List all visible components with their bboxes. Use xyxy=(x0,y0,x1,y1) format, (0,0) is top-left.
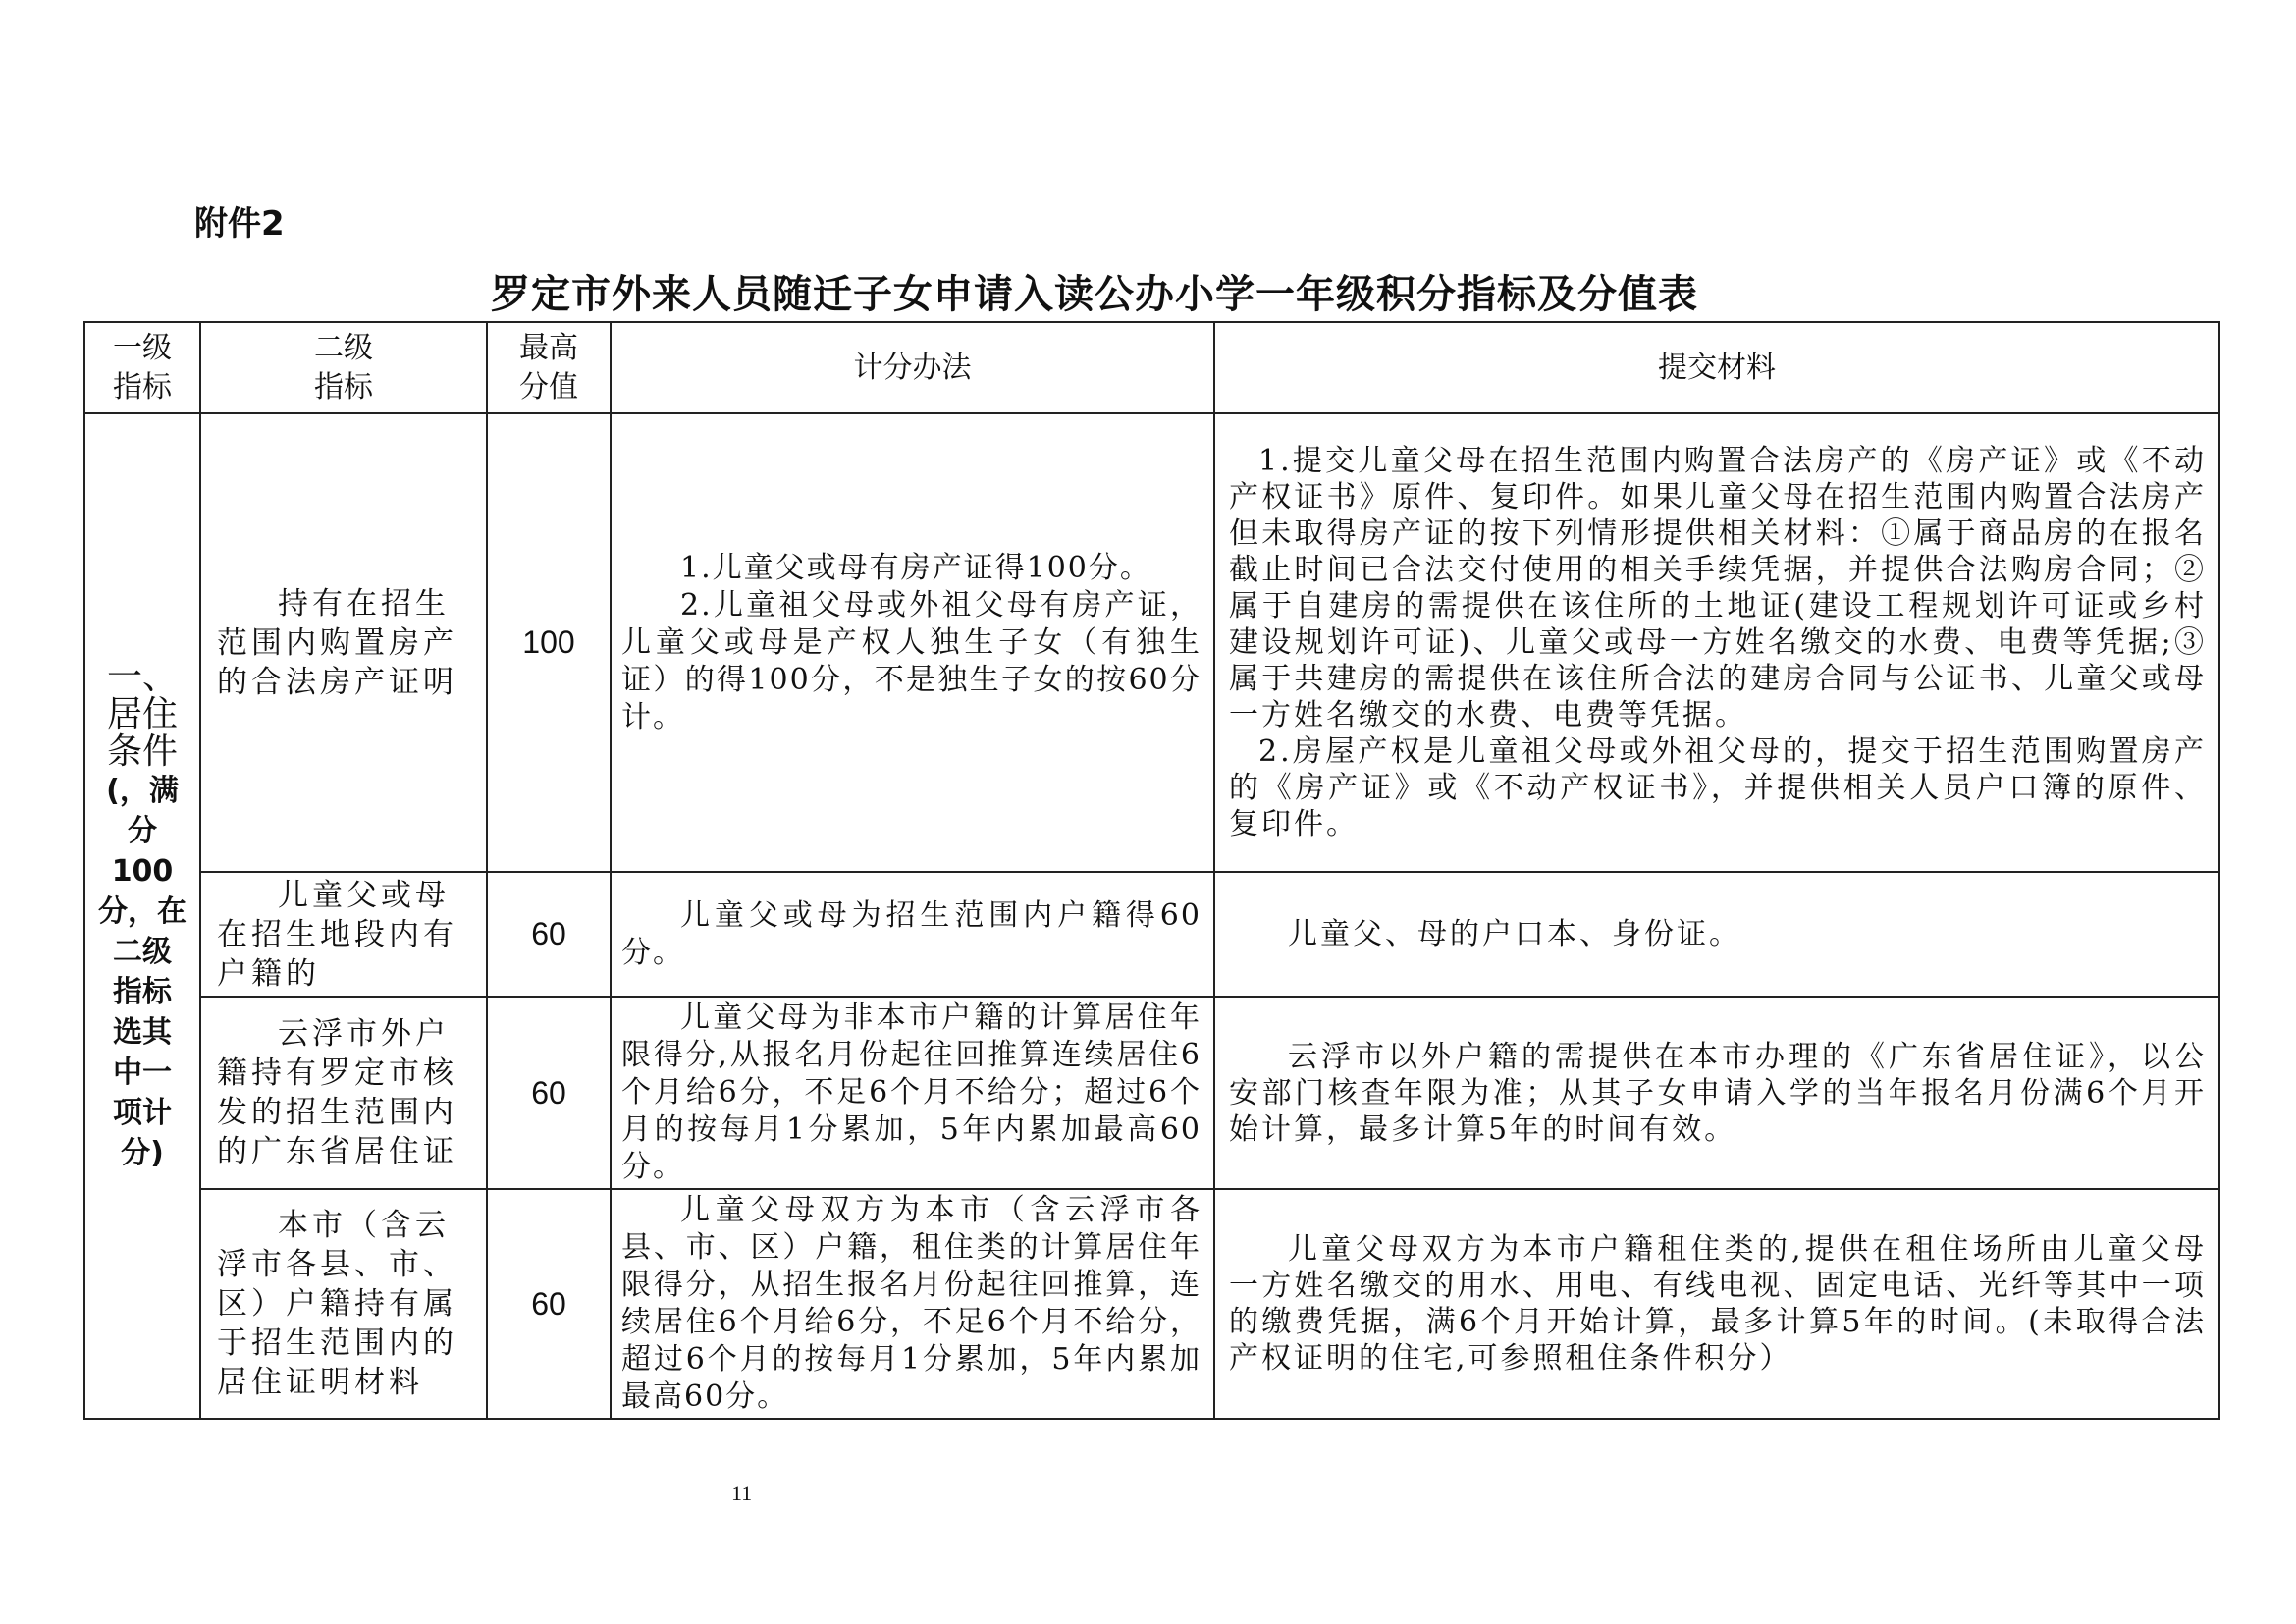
indicator-text: 儿童父或母在招生地段内有户籍的 xyxy=(217,876,472,994)
score-indicator-table: 一级 指标 二级 指标 最高 分值 计分办法 提交材料 一、 居住 条件 (，满… xyxy=(83,321,2220,1420)
table-row: 儿童父或母在招生地段内有户籍的 60 儿童父或母为招生范围内户籍得60分。 儿童… xyxy=(84,872,2219,997)
max-score-cell: 60 xyxy=(487,872,611,997)
method-cell: 儿童父母为非本市户籍的计算居住年限得分,从报名月份起往回推算连续居住6个月给6分… xyxy=(611,997,1214,1189)
category-note-line: 分) xyxy=(91,1133,193,1173)
category-note-line: 二级 xyxy=(91,932,193,972)
method-paragraph: 儿童父或母为招生范围内户籍得60分。 xyxy=(621,897,1201,972)
materials-cell: 儿童父母双方为本市户籍租住类的,提供在租住场所由儿童父母一方姓名缴交的用水、用电… xyxy=(1214,1189,2219,1419)
table-row: 一、 居住 条件 (，满 分 100 分，在 二级 指标 选其 中一 项计 分)… xyxy=(84,413,2219,872)
method-cell: 儿童父母双方为本市（含云浮市各县、市、区）户籍，租住类的计算居住年限得分，从招生… xyxy=(611,1189,1214,1419)
method-paragraph: 2.儿童祖父母或外祖父母有房产证，儿童父或母是产权人独生子女（有独生证）的得10… xyxy=(621,587,1201,736)
attachment-label: 附件2 xyxy=(194,196,285,244)
table-row: 云浮市外户籍持有罗定市核发的招生范围内的广东省居住证 60 儿童父母为非本市户籍… xyxy=(84,997,2219,1189)
header-text: 分值 xyxy=(488,368,610,407)
category-note-line: 100 xyxy=(91,851,193,892)
materials-paragraph: 云浮市以外户籍的需提供在本市办理的《广东省居住证》，以公安部门核查年限为准；从其… xyxy=(1229,1039,2207,1148)
method-cell: 1.儿童父或母有房产证得100分。 2.儿童祖父母或外祖父母有房产证，儿童父或母… xyxy=(611,413,1214,872)
header-max-score: 最高 分值 xyxy=(487,322,611,413)
materials-cell: 云浮市以外户籍的需提供在本市办理的《广东省居住证》，以公安部门核查年限为准；从其… xyxy=(1214,997,2219,1189)
method-paragraph: 儿童父母为非本市户籍的计算居住年限得分,从报名月份起往回推算连续居住6个月给6分… xyxy=(621,1000,1201,1186)
header-text: 指标 xyxy=(85,368,199,407)
max-score-cell: 100 xyxy=(487,413,611,872)
method-cell: 儿童父或母为招生范围内户籍得60分。 xyxy=(611,872,1214,997)
materials-paragraph: 1.提交儿童父母在招生范围内购置合法房产的《房产证》或《不动产权证书》原件、复印… xyxy=(1229,443,2207,733)
header-text: 二级 xyxy=(201,329,486,368)
table-header-row: 一级 指标 二级 指标 最高 分值 计分办法 提交材料 xyxy=(84,322,2219,413)
indicator-text: 云浮市外户籍持有罗定市核发的招生范围内的广东省居住证 xyxy=(217,1014,472,1171)
materials-cell: 儿童父、母的户口本、身份证。 xyxy=(1214,872,2219,997)
document-title: 罗定市外来人员随迁子女申请入读公办小学一年级积分指标及分值表 xyxy=(491,263,1806,319)
max-score-cell: 60 xyxy=(487,997,611,1189)
method-paragraph: 1.儿童父或母有房产证得100分。 xyxy=(621,550,1201,587)
method-paragraph: 儿童父母双方为本市（含云浮市各县、市、区）户籍，租住类的计算居住年限得分，从招生… xyxy=(621,1192,1201,1416)
header-scoring-method: 计分办法 xyxy=(611,322,1214,413)
category-note-line: 选其 xyxy=(91,1012,193,1053)
indicator-text: 持有在招生范围内购置房产的合法房产证明 xyxy=(217,584,472,702)
category-residence-conditions: 一、 居住 条件 (，满 分 100 分，在 二级 指标 选其 中一 项计 分) xyxy=(84,413,200,1419)
materials-paragraph: 儿童父、母的户口本、身份证。 xyxy=(1229,916,2207,952)
indicator-cell: 云浮市外户籍持有罗定市核发的招生范围内的广东省居住证 xyxy=(200,997,487,1189)
category-title-line: 居住 xyxy=(91,696,193,733)
category-note-line: 分 xyxy=(91,811,193,851)
header-text: 指标 xyxy=(201,368,486,407)
category-title-line: 一、 xyxy=(91,659,193,696)
materials-cell: 1.提交儿童父母在招生范围内购置合法房产的《房产证》或《不动产权证书》原件、复印… xyxy=(1214,413,2219,872)
table-row: 本市（含云浮市各县、市、区）户籍持有属于招生范围内的居住证明材料 60 儿童父母… xyxy=(84,1189,2219,1419)
indicator-cell: 儿童父或母在招生地段内有户籍的 xyxy=(200,872,487,997)
category-note-line: (，满 xyxy=(91,771,193,811)
header-text: 一级 xyxy=(85,329,199,368)
category-note-line: 项计 xyxy=(91,1093,193,1133)
page-number: 11 xyxy=(731,1481,752,1506)
header-level1-indicator: 一级 指标 xyxy=(84,322,200,413)
materials-paragraph: 儿童父母双方为本市户籍租住类的,提供在租住场所由儿童父母一方姓名缴交的用水、用电… xyxy=(1229,1231,2207,1377)
category-title-line: 条件 xyxy=(91,733,193,771)
materials-paragraph: 2.房屋产权是儿童祖父母或外祖父母的，提交于招生范围购置房产的《房产证》或《不动… xyxy=(1229,733,2207,842)
header-text: 最高 xyxy=(488,329,610,368)
category-note-line: 指标 xyxy=(91,972,193,1012)
header-level2-indicator: 二级 指标 xyxy=(200,322,487,413)
indicator-text: 本市（含云浮市各县、市、区）户籍持有属于招生范围内的居住证明材料 xyxy=(217,1206,472,1402)
category-note-line: 分，在 xyxy=(91,892,193,932)
indicator-cell: 持有在招生范围内购置房产的合法房产证明 xyxy=(200,413,487,872)
indicator-cell: 本市（含云浮市各县、市、区）户籍持有属于招生范围内的居住证明材料 xyxy=(200,1189,487,1419)
max-score-cell: 60 xyxy=(487,1189,611,1419)
category-note-line: 中一 xyxy=(91,1053,193,1093)
header-submitted-materials: 提交材料 xyxy=(1214,322,2219,413)
